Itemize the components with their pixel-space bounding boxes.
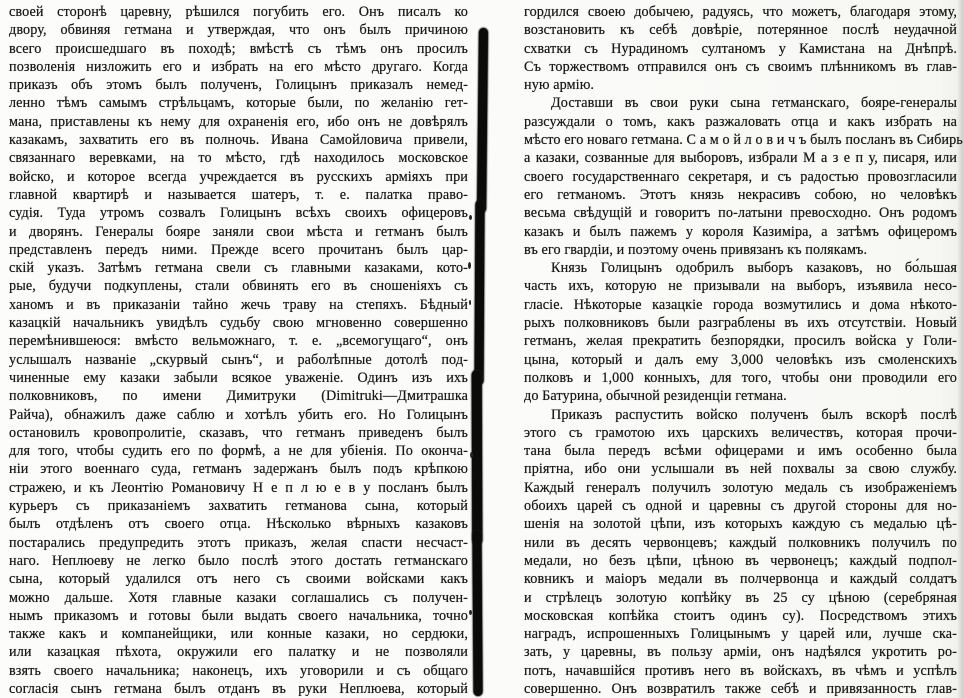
text-line: потъ, начавшійся противъ него въ войсках… [524,662,957,680]
text-line: ковникъ и маіоръ медали въ полчервонца и… [524,570,957,588]
ink-speck-artifact [468,262,471,269]
page-edge-shading [957,0,963,698]
binding-fold-artifact [472,370,483,545]
text-line: ленно тѣмъ самымъ стрѣльцамъ, которые бы… [9,94,468,112]
text-line: и дворянъ. Генералы бояре заняли свои мѣ… [9,223,468,241]
text-line: былъ отдѣленъ отъ своего отца. Нѣсколько… [9,515,468,533]
text-line: постарались предупредить этотъ приказъ, … [9,534,468,552]
text-line: Князь Голицынъ одобрилъ выборъ казаковъ,… [524,259,957,277]
text-line: казакамъ, захватить его въ полночь. Иван… [9,131,468,149]
text-line: нымъ приказомъ и готовы были выдать свое… [9,607,468,625]
text-line: до Батурина, обычной резиденціи гетмана. [524,387,957,405]
text-line: и стрѣлецъ золотую копѣйку въ 25 су цѣно… [524,589,957,607]
text-line: казакъ и былъ пажемъ у короля Казиміра, … [524,223,957,241]
text-line: ніи этого военнаго суда, гетманъ задержа… [9,460,468,478]
text-line: мана, приставлены къ нему для охраненія … [9,113,468,131]
text-line: чиненные ему казаки забыли всякое уважен… [9,369,468,387]
text-line: остановилъ кровопролитіе, сказавъ, что г… [9,424,468,442]
text-line: мѣсто его новаго гетмана. С а м о й л о … [524,131,957,149]
text-line: зать, у царевны, въ пользу арміи, онъ на… [524,643,957,661]
text-line: гордился своею добычею, радуясь, что мож… [524,3,957,21]
text-line: полковъ и 1,000 конныхъ, для того, чтобы… [524,369,957,387]
text-line: ную армію. [524,76,957,94]
text-line: пріятна, ибо они услышали въ ней похвалы… [524,460,957,478]
text-line: въ его гвардіи, и поэтому очень привязан… [524,241,957,259]
text-line: его гетманомъ. Этотъ князь некрасивъ соб… [524,186,957,204]
text-line: согласія сынъ гетмана былъ отданъ въ рук… [9,680,468,698]
text-line: скій указъ. Затѣмъ гетмана свели съ глав… [9,259,468,277]
text-line: ханомъ и въ приказаніи тайно жечь траву … [9,296,468,314]
text-line: рые, будучи подкуплены, стали обвинять е… [9,277,468,295]
ink-speck-artifact [469,300,471,305]
ink-speck-artifact [469,215,472,220]
text-line: нили въ десять червонцевъ; каждый полков… [524,534,957,552]
text-line: перемѣнившеюся: вмѣсто вельможнаго, т. е… [9,332,468,350]
text-line: для того, чтобы судить его по формѣ, а н… [9,442,468,460]
text-line: Приказъ распустить войско полученъ былъ … [524,406,957,424]
text-line: этого съ грамотою ихъ царскихъ величеств… [524,424,957,442]
text-line: весьма свѣдущій и говоритъ по-латыни пре… [524,204,957,222]
left-text-column: своей сторонѣ царевну, рѣшился погубить … [9,3,468,698]
text-line: Съ торжествомъ отправился онъ съ своимъ … [524,58,957,76]
text-line: гетманъ, желая прекратить безпорядки, пр… [524,332,957,350]
text-line: шенія на золотой цѣпи, изъ которыхъ кажд… [524,515,957,533]
text-line: московская копѣйка стоитъ одинъ су). Пос… [524,607,957,625]
text-line: также какъ и компанейщики, или конные ка… [9,625,468,643]
text-line: Каждый генералъ получилъ золотую медаль … [524,479,957,497]
text-line: цына, который и далъ ему 3,000 человѣкъ … [524,351,957,369]
right-text-column: гордился своею добычею, радуясь, что мож… [524,3,957,698]
text-line: гласіе. Нѣкоторые казацкіе города возмут… [524,296,957,314]
text-line: курьеръ съ приказаніемъ захватить гетман… [9,497,468,515]
ink-speck-artifact [469,610,472,615]
ink-speck-artifact [470,452,473,458]
text-line: наградъ, испрошенныхъ Голицынымъ у царей… [524,625,957,643]
text-line: судія. Туда утромъ созвалъ Голицынъ всѣх… [9,204,468,222]
text-line: обоихъ царей съ одной и царевны съ друго… [524,497,957,515]
text-line: казацкій начальникъ увидѣлъ судьбу свою … [9,314,468,332]
text-line: рыхъ полковниковъ были разграблены въ их… [524,314,957,332]
text-line: двору, обвиняя гетмана и утверждая, что … [9,21,468,39]
text-line: часть ихъ, которую не призывали на выбор… [524,277,957,295]
text-line: совершенно. Онъ возвратилъ также себѣ и … [524,680,957,698]
text-line: стражею, и къ Леонтію Романовичу Н е п л… [9,479,468,497]
text-line: связаннаго веревками, на то мѣсто, гдѣ н… [9,149,468,167]
text-line: сына, который удалился отъ него съ своим… [9,570,468,588]
text-line: медали, но безъ цѣпи, цѣною въ червонецъ… [524,552,957,570]
book-page: своей сторонѣ царевну, рѣшился погубить … [0,0,963,698]
text-line: возстановить къ себѣ довѣріе, потерянное… [524,21,957,39]
text-line: схватки съ Нурадиномъ султаномъ у Камист… [524,40,957,58]
text-line: представленъ передъ ними. Прежде всего п… [9,241,468,259]
text-line: тана была передъ всѣми офицерами и имъ о… [524,442,957,460]
text-line: Доставши въ свои руки сына гетманскаго, … [524,94,957,112]
text-line: можно дальше. Хотя главные казаки соглаш… [9,589,468,607]
text-line: полковниковъ, по имени Димитруки (Dimitr… [9,387,468,405]
text-line: услышалъ названіе „скурвый сынъ“, и рабо… [9,351,468,369]
text-line: позволенія низложить его и избрать на ег… [9,58,468,76]
text-line: своего государственнаго секретаря, и съ … [524,168,957,186]
text-line: а казаки, созванные для выборовъ, избрал… [524,149,957,167]
text-line: наго. Неплюеву не легко было послѣ этого… [9,552,468,570]
binding-fold-artifact [477,28,488,213]
binding-fold-artifact [472,530,482,696]
text-line: войско, и которое всегда учреждается въ … [9,168,468,186]
text-line: приказъ объ этомъ былъ полученъ, Голицын… [9,76,468,94]
text-line: своей сторонѣ царевну, рѣшился погубить … [9,3,468,21]
text-line: главной квартирѣ и называется шатеръ, т.… [9,186,468,204]
text-line: взять своего начальника; наконецъ, ихъ у… [9,662,468,680]
text-line: разсуждали о томъ, какъ разжаловать отца… [524,113,957,131]
binding-fold-artifact [475,200,485,385]
text-line: или казацкая пѣхота, окружили его палатк… [9,643,468,661]
text-line: Райча), обнажилъ даже саблю и хотѣлъ уби… [9,406,468,424]
text-line: всего происшедшаго въ походѣ; вмѣстѣ съ … [9,40,468,58]
